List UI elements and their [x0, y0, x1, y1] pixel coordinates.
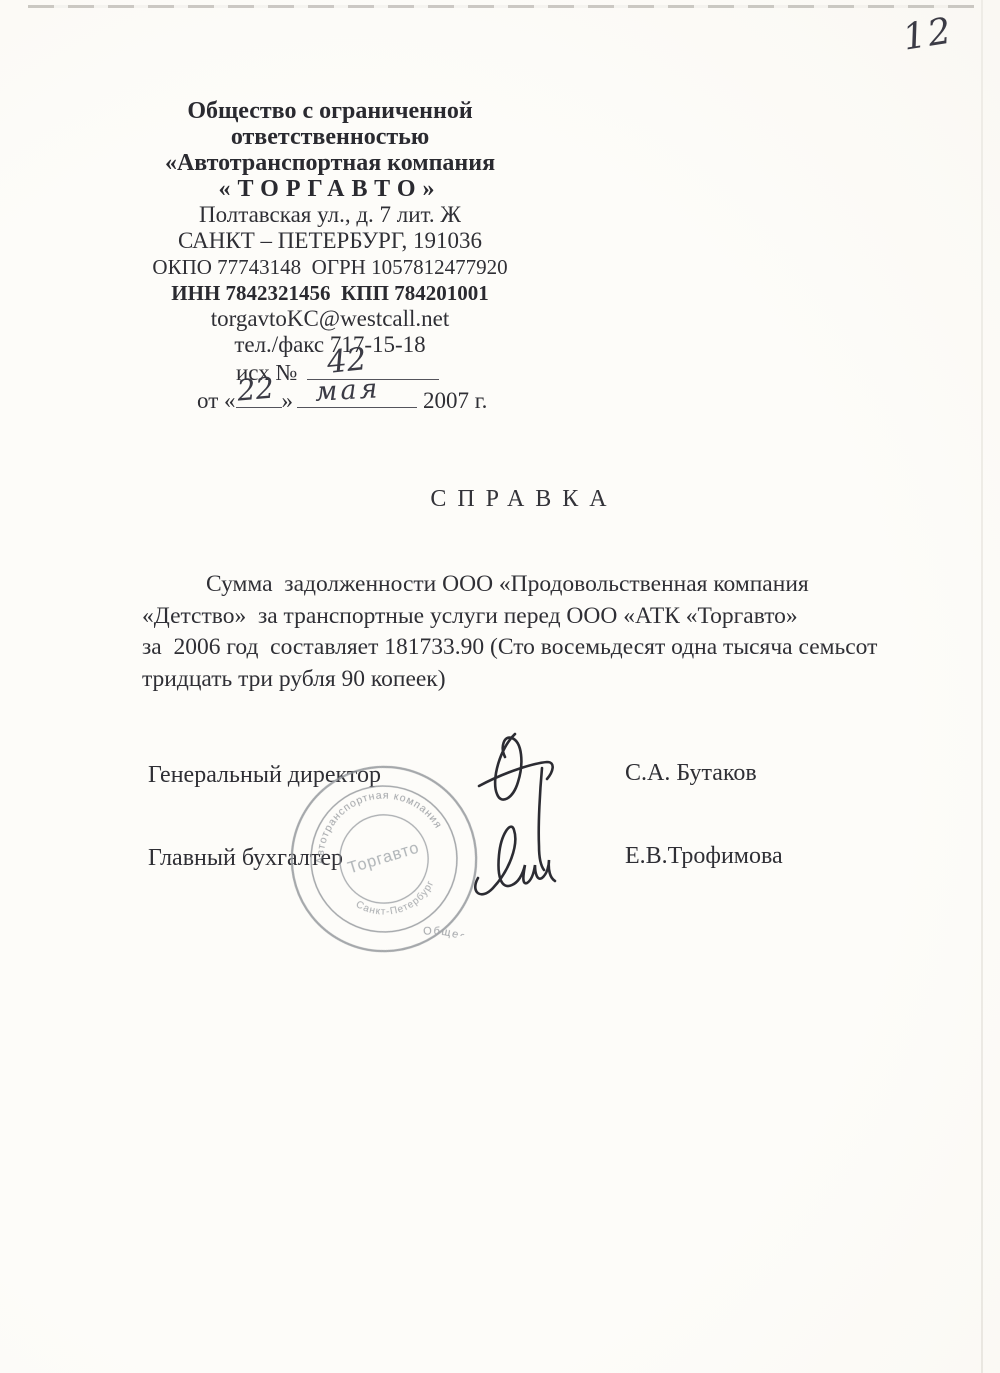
scan-edge-artifact-right	[981, 0, 983, 1373]
scan-edge-artifact-top	[28, 5, 974, 8]
accountant-name: Е.В.Трофимова	[625, 843, 783, 870]
date-quote-close: »	[282, 388, 294, 413]
stamp-center-brand-text: Торгавто	[346, 838, 422, 877]
stamp-city-ring-text: Санкт-Петербург	[352, 876, 443, 928]
date-year: 2007 г.	[423, 388, 487, 413]
org-name-line-2: ответственностью	[120, 124, 540, 150]
date-prefix: от «	[197, 388, 236, 413]
director-name: С.А. Бутаков	[625, 760, 757, 787]
org-email: torgavtoKC@westcall.net	[120, 306, 540, 332]
scanned-document-page: 12 Общество с ограниченной ответственнос…	[0, 0, 1000, 1373]
org-city-postal: САНКТ – ПЕТЕРБУРГ, 191036	[120, 228, 540, 254]
org-brand-name: «ТОРГАВТО»	[120, 176, 540, 202]
org-name-line-1: Общество с ограниченной	[120, 98, 540, 124]
accountant-signature	[468, 818, 572, 910]
org-inn-kpp: ИНН 7842321456 КПП 784201001	[120, 280, 540, 306]
handwritten-date-day: 22	[235, 370, 275, 407]
body-line: тридцать три рубля 90 копеек)	[142, 664, 902, 696]
org-okpo-ogrn: ОКПО 77743148 ОГРН 1057812477920	[120, 254, 540, 280]
body-paragraph: Сумма задолженности ООО «Продовольственн…	[142, 569, 902, 695]
date-month-blank: мая	[297, 385, 417, 408]
handwritten-date-month: мая	[314, 373, 381, 407]
org-street-address: Полтавская ул., д. 7 лит. Ж	[120, 202, 540, 228]
date-day-blank: 22	[236, 385, 282, 408]
body-line: «Детство» за транспортные услуги перед О…	[142, 601, 902, 633]
body-line: Сумма задолженности ООО «Продовольственн…	[142, 569, 902, 601]
handwritten-page-number: 12	[900, 10, 956, 58]
body-line: за 2006 год составляет 181733.90 (Сто во…	[142, 632, 902, 664]
org-name-line-3: «Автотранспортная компания	[120, 150, 540, 176]
date-row: от «22»мая2007 г.	[197, 385, 487, 414]
letterhead: Общество с ограниченной ответственностью…	[120, 98, 540, 358]
document-title: СПРАВКА	[0, 486, 1000, 513]
